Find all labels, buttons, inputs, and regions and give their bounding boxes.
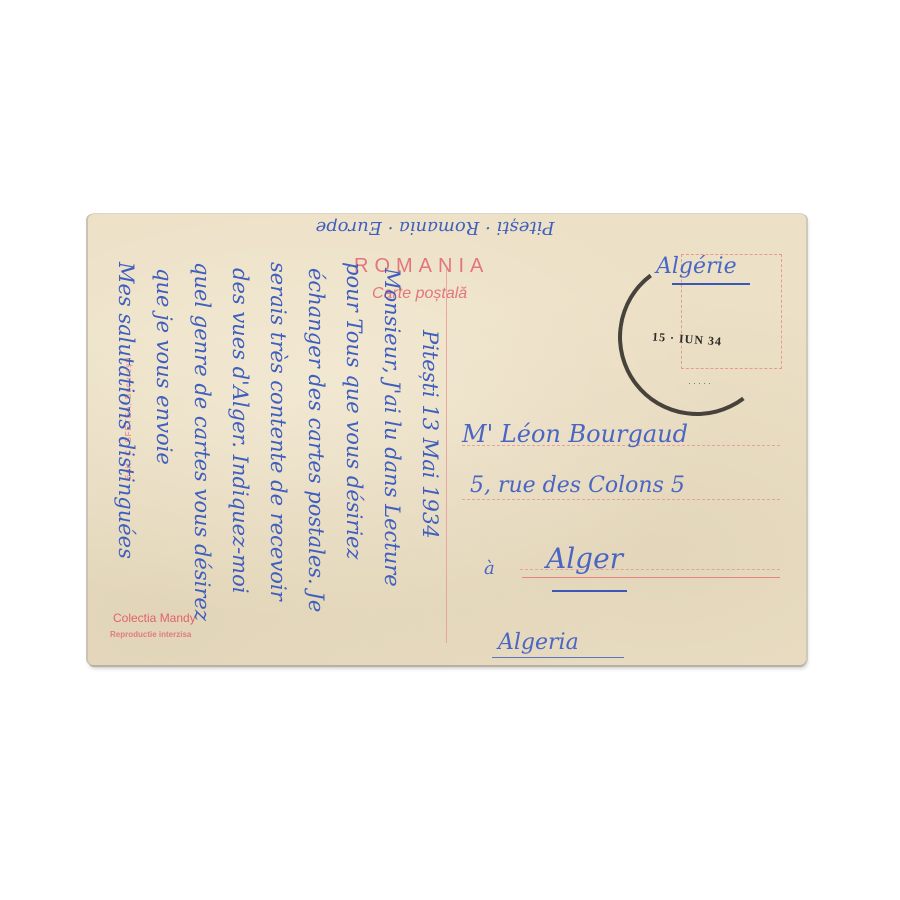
collection-label: Colectia Mandy [113, 611, 196, 625]
message-line: pour Tous que vous désiriez [343, 262, 364, 560]
postmark-location: ····· [688, 378, 713, 388]
reproduction-notice: Reproductie interzisa [110, 630, 191, 639]
country-underline [492, 657, 624, 658]
address-line-2 [462, 499, 780, 500]
recipient-city: Alger [546, 545, 623, 573]
message-line: Monsieur, J'ai lu dans Lecture [381, 268, 402, 587]
message-line: échanger des cartes postales. Je [305, 268, 326, 612]
message-line: des vues d'Alger. Indiquez-moi [229, 268, 250, 593]
recipient-name: M' Léon Bourgaud [462, 422, 688, 446]
country-title: ROMANIA [354, 255, 489, 278]
center-divider-line [446, 268, 447, 643]
message-line: serais très contente de recevoir [267, 262, 288, 601]
message-line: quel genre de cartes vous désirez [191, 262, 212, 621]
message-line: Mes salutations distinguées [115, 262, 136, 559]
stamp-area-note: Algérie [656, 256, 737, 278]
city-underline [552, 590, 627, 592]
recipient-street: 5, rue des Colons 5 [470, 475, 685, 497]
message-line: que je vous envoie [153, 268, 174, 465]
address-line-3 [522, 577, 780, 578]
stamp-note-underline [672, 283, 750, 285]
message-line: Pitești 13 Mai 1934 [419, 330, 440, 539]
sender-line: Pitești · Romania · Europe [270, 218, 600, 236]
recipient-prefix: à [484, 560, 495, 578]
recipient-country: Algeria [498, 632, 579, 654]
